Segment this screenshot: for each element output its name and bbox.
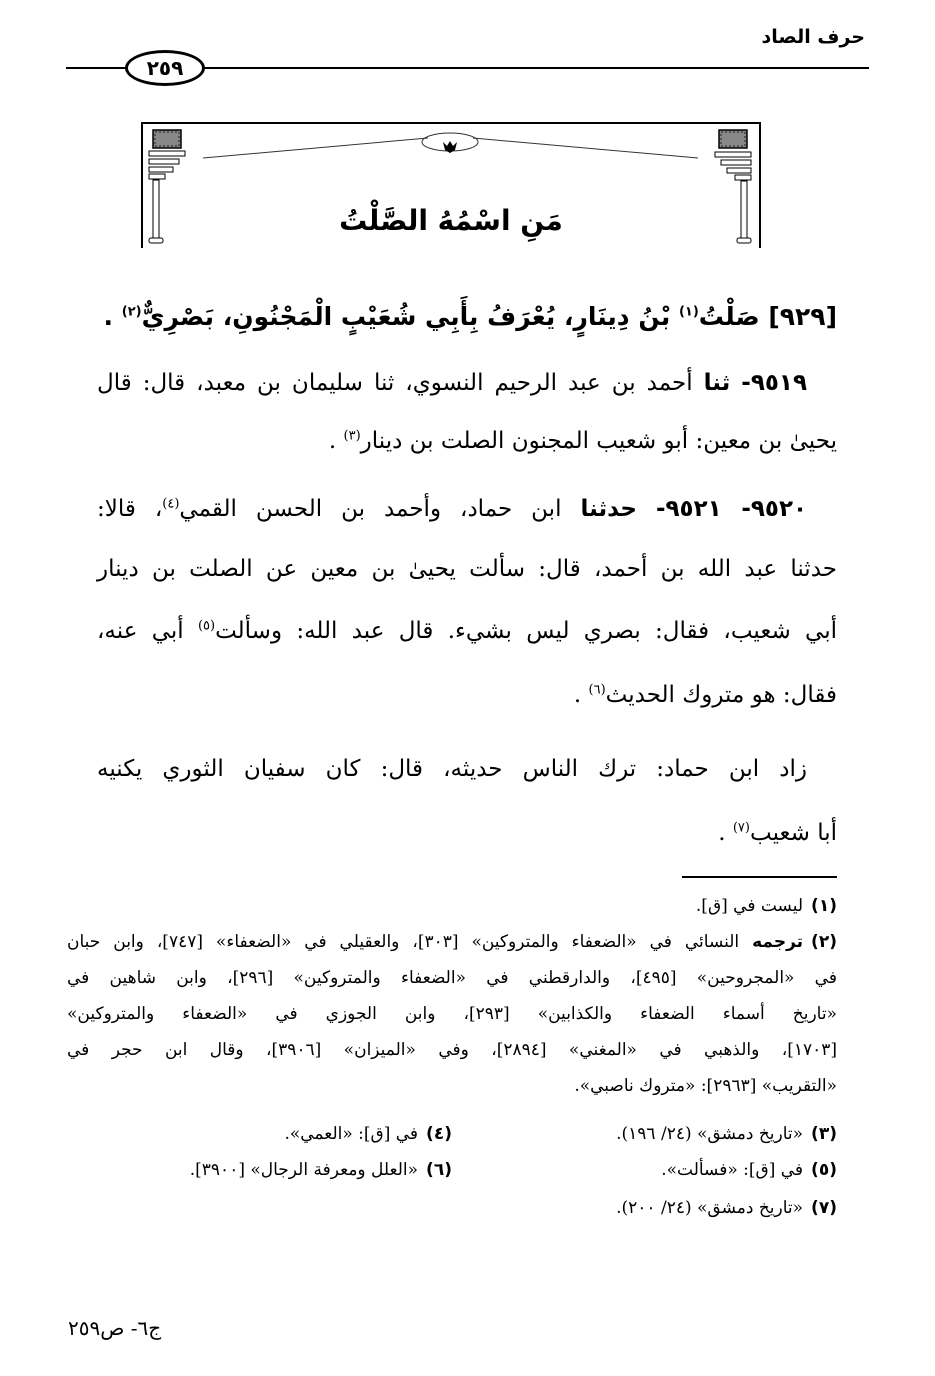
volume-page-marker: ج٦- ص٢٥٩ xyxy=(68,1316,161,1340)
section-title: مَنِ اسْمُهُ الصَّلْتُ xyxy=(143,204,759,237)
running-head-title: حرف الصاد xyxy=(762,26,865,48)
hadith-line: ٩٥١٩- ثنا أحمد بن عبد الرحيم النسوي، ثنا… xyxy=(97,370,837,396)
section-ornament-frame: مَنِ اسْمُهُ الصَّلْتُ xyxy=(141,122,761,248)
footnote-7: (٧)«تاريخ دمشق» (٢٤/ ٢٠٠). xyxy=(452,1198,837,1218)
hadith-number: ٩٥١٩- xyxy=(741,370,807,396)
footnote-ref[interactable]: (١) xyxy=(679,305,699,320)
footnote-row: (٥)في [ق]: «فسألت». (٦)«العلل ومعرفة الر… xyxy=(67,1160,837,1180)
page-number-badge: ٢٥٩ xyxy=(125,50,205,86)
page-number: ٢٥٩ xyxy=(147,56,184,80)
entry-number: [٩٢٩] xyxy=(768,302,837,331)
footnote-6: (٦)«العلل ومعرفة الرجال» [٣٩٠٠]. xyxy=(67,1160,452,1180)
transmission-word: حدثنا xyxy=(580,496,637,522)
footnote-5: (٥)في [ق]: «فسألت». xyxy=(452,1160,837,1180)
footnote-ref[interactable]: (٦) xyxy=(589,682,606,697)
footnote-2-line: «تاريخ أسماء الضعفاء والكذابين» [٢٩٣]، و… xyxy=(67,1004,837,1024)
hadith-line: زاد ابن حماد: ترك الناس حديثه، قال: كان … xyxy=(97,756,837,782)
footnote-row: (٧)«تاريخ دمشق» (٢٤/ ٢٠٠). xyxy=(67,1198,837,1218)
footnote-ref[interactable]: (٤) xyxy=(162,496,179,511)
footnote-4: (٤)في [ق]: «العمي». xyxy=(67,1124,452,1144)
footnote-ref[interactable]: (٢) xyxy=(122,305,142,320)
hadith-line: فقال: هو متروك الحديث(٦) . xyxy=(97,682,837,708)
footnote-2-line: [١٧٠٣]، والذهبي في «المغني» [٢٨٩٤]، وفي … xyxy=(67,1040,837,1060)
footnote-number: (١) xyxy=(811,896,837,916)
footnote-number: (٢) xyxy=(811,932,837,952)
footnote-2-line: في «المجروحين» [٤٩٥]، والدارقطني في «الض… xyxy=(67,968,837,988)
hadith-line: أبا شعيب(٧) . xyxy=(97,820,837,846)
footnote-ref[interactable]: (٣) xyxy=(344,428,361,443)
entry-description: بْنُ دِينَارٍ، يُعْرَفُ بِأَبِي شُعَيْبٍ… xyxy=(142,302,671,331)
footnote-2: (٢)ترجمه النسائي في «الضعفاء والمتروكين»… xyxy=(67,932,837,952)
book-page: حرف الصاد ٢٥٩ xyxy=(0,0,935,1376)
hadith-number: ٩٥٢٠- ٩٥٢١- xyxy=(656,496,807,522)
footnote-1: (١)ليست في [ق]. xyxy=(67,896,837,916)
footnote-3: (٣)«تاريخ دمشق» (٢٤/ ١٩٦). xyxy=(452,1124,837,1144)
hadith-line: يحيىٰ بن معين: أبو شعيب المجنون الصلت بن… xyxy=(97,428,837,454)
footnote-separator xyxy=(682,876,837,878)
footnote-ref[interactable]: (٧) xyxy=(733,820,750,835)
entry-heading: [٩٢٩] صَلْتُ(١) بْنُ دِينَارٍ، يُعْرَفُ … xyxy=(97,302,837,331)
footnote-ref[interactable]: (٥) xyxy=(198,618,215,633)
hadith-line: حدثنا عبد الله بن أحمد، قال: سألت يحيىٰ … xyxy=(97,556,837,582)
footnote-2-line: «التقريب» [٢٩٦٣]: «متروك ناصبي». xyxy=(67,1076,837,1096)
hadith-line: أبي شعيب، فقال: بصري ليس بشيء. قال عبد ا… xyxy=(97,618,837,644)
entry-name: صَلْتُ xyxy=(699,302,760,331)
transmission-word: ثنا xyxy=(704,370,731,396)
hadith-line: ٩٥٢٠- ٩٥٢١- حدثنا ابن حماد، وأحمد بن الح… xyxy=(97,496,837,522)
footnote-row: (٣)«تاريخ دمشق» (٢٤/ ١٩٦). (٤)في [ق]: «ا… xyxy=(67,1124,837,1144)
